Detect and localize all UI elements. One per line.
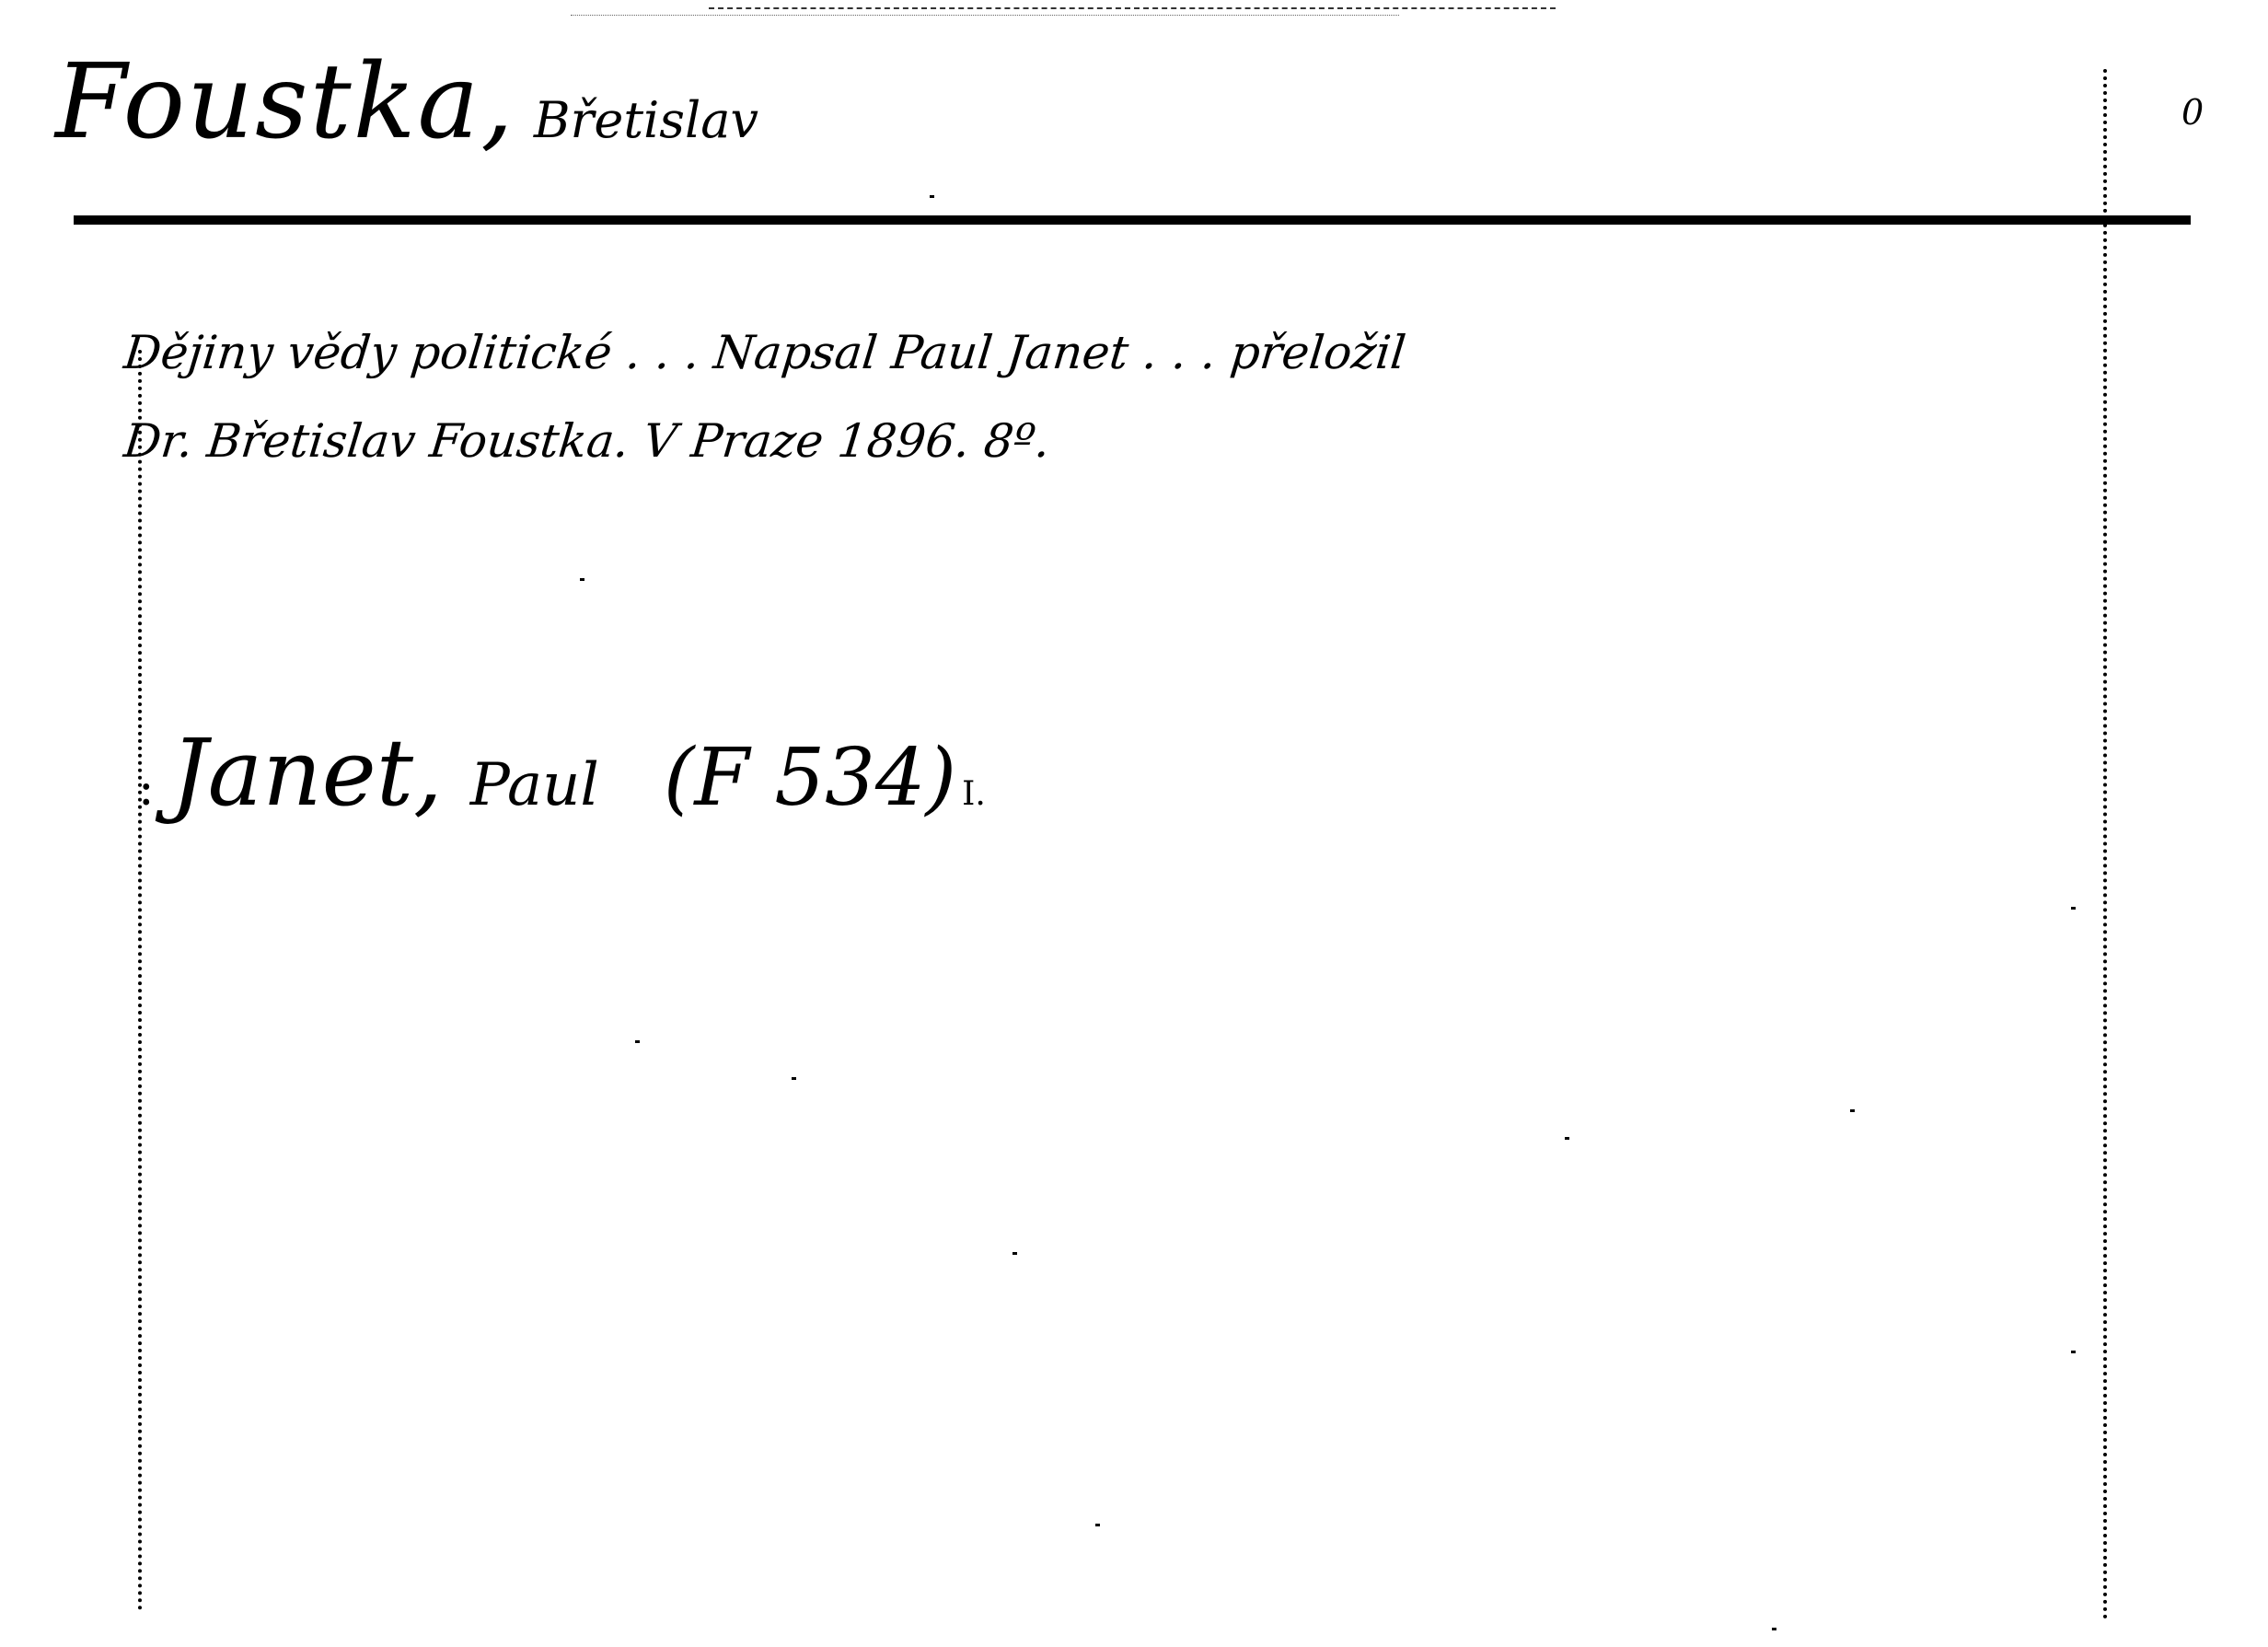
scan-speck — [1012, 1252, 1017, 1255]
scan-speck — [580, 578, 584, 581]
scan-edge-artifact — [571, 15, 1399, 17]
heading-given-name: Břetislav — [534, 96, 758, 145]
cross-reference-given-name: Paul — [470, 751, 599, 819]
cross-reference-shelfmark: (F 534) — [664, 732, 956, 824]
cross-reference-prefix: : — [138, 761, 155, 817]
cross-reference-suffix: I. — [962, 775, 986, 813]
entry-line-2: Dr. Břetislav Foustka. V Praze 1896. 8º. — [120, 397, 2016, 485]
catalog-card: Foustka, Břetislav 0 Dějiny vědy politic… — [0, 0, 2268, 1647]
corner-mark: 0 — [2181, 92, 2204, 133]
scan-speck — [1772, 1628, 1776, 1630]
left-dotted-margin — [138, 350, 142, 1611]
right-dotted-margin — [2103, 69, 2107, 1620]
scan-speck — [930, 195, 934, 198]
scan-speck — [1565, 1137, 1569, 1140]
card-heading: Foustka, Břetislav — [55, 51, 758, 180]
cross-reference: : Janet, Paul (F 534) I. — [138, 727, 986, 824]
scan-speck — [2071, 907, 2076, 910]
scan-speck — [792, 1077, 796, 1080]
scan-edge-artifact — [709, 7, 1556, 11]
entry-line-1: Dějiny vědy politické . . . Napsal Paul … — [120, 308, 2016, 397]
scan-speck — [1095, 1524, 1100, 1526]
heading-rule — [74, 215, 2191, 225]
bibliographic-entry: Dějiny vědy politické . . . Napsal Paul … — [124, 308, 2011, 485]
scan-speck — [2071, 1351, 2076, 1353]
scan-speck — [635, 1040, 640, 1043]
scan-speck — [1850, 1109, 1855, 1112]
cross-reference-surname: Janet, — [171, 727, 443, 819]
heading-surname: Foustka, — [55, 51, 515, 154]
